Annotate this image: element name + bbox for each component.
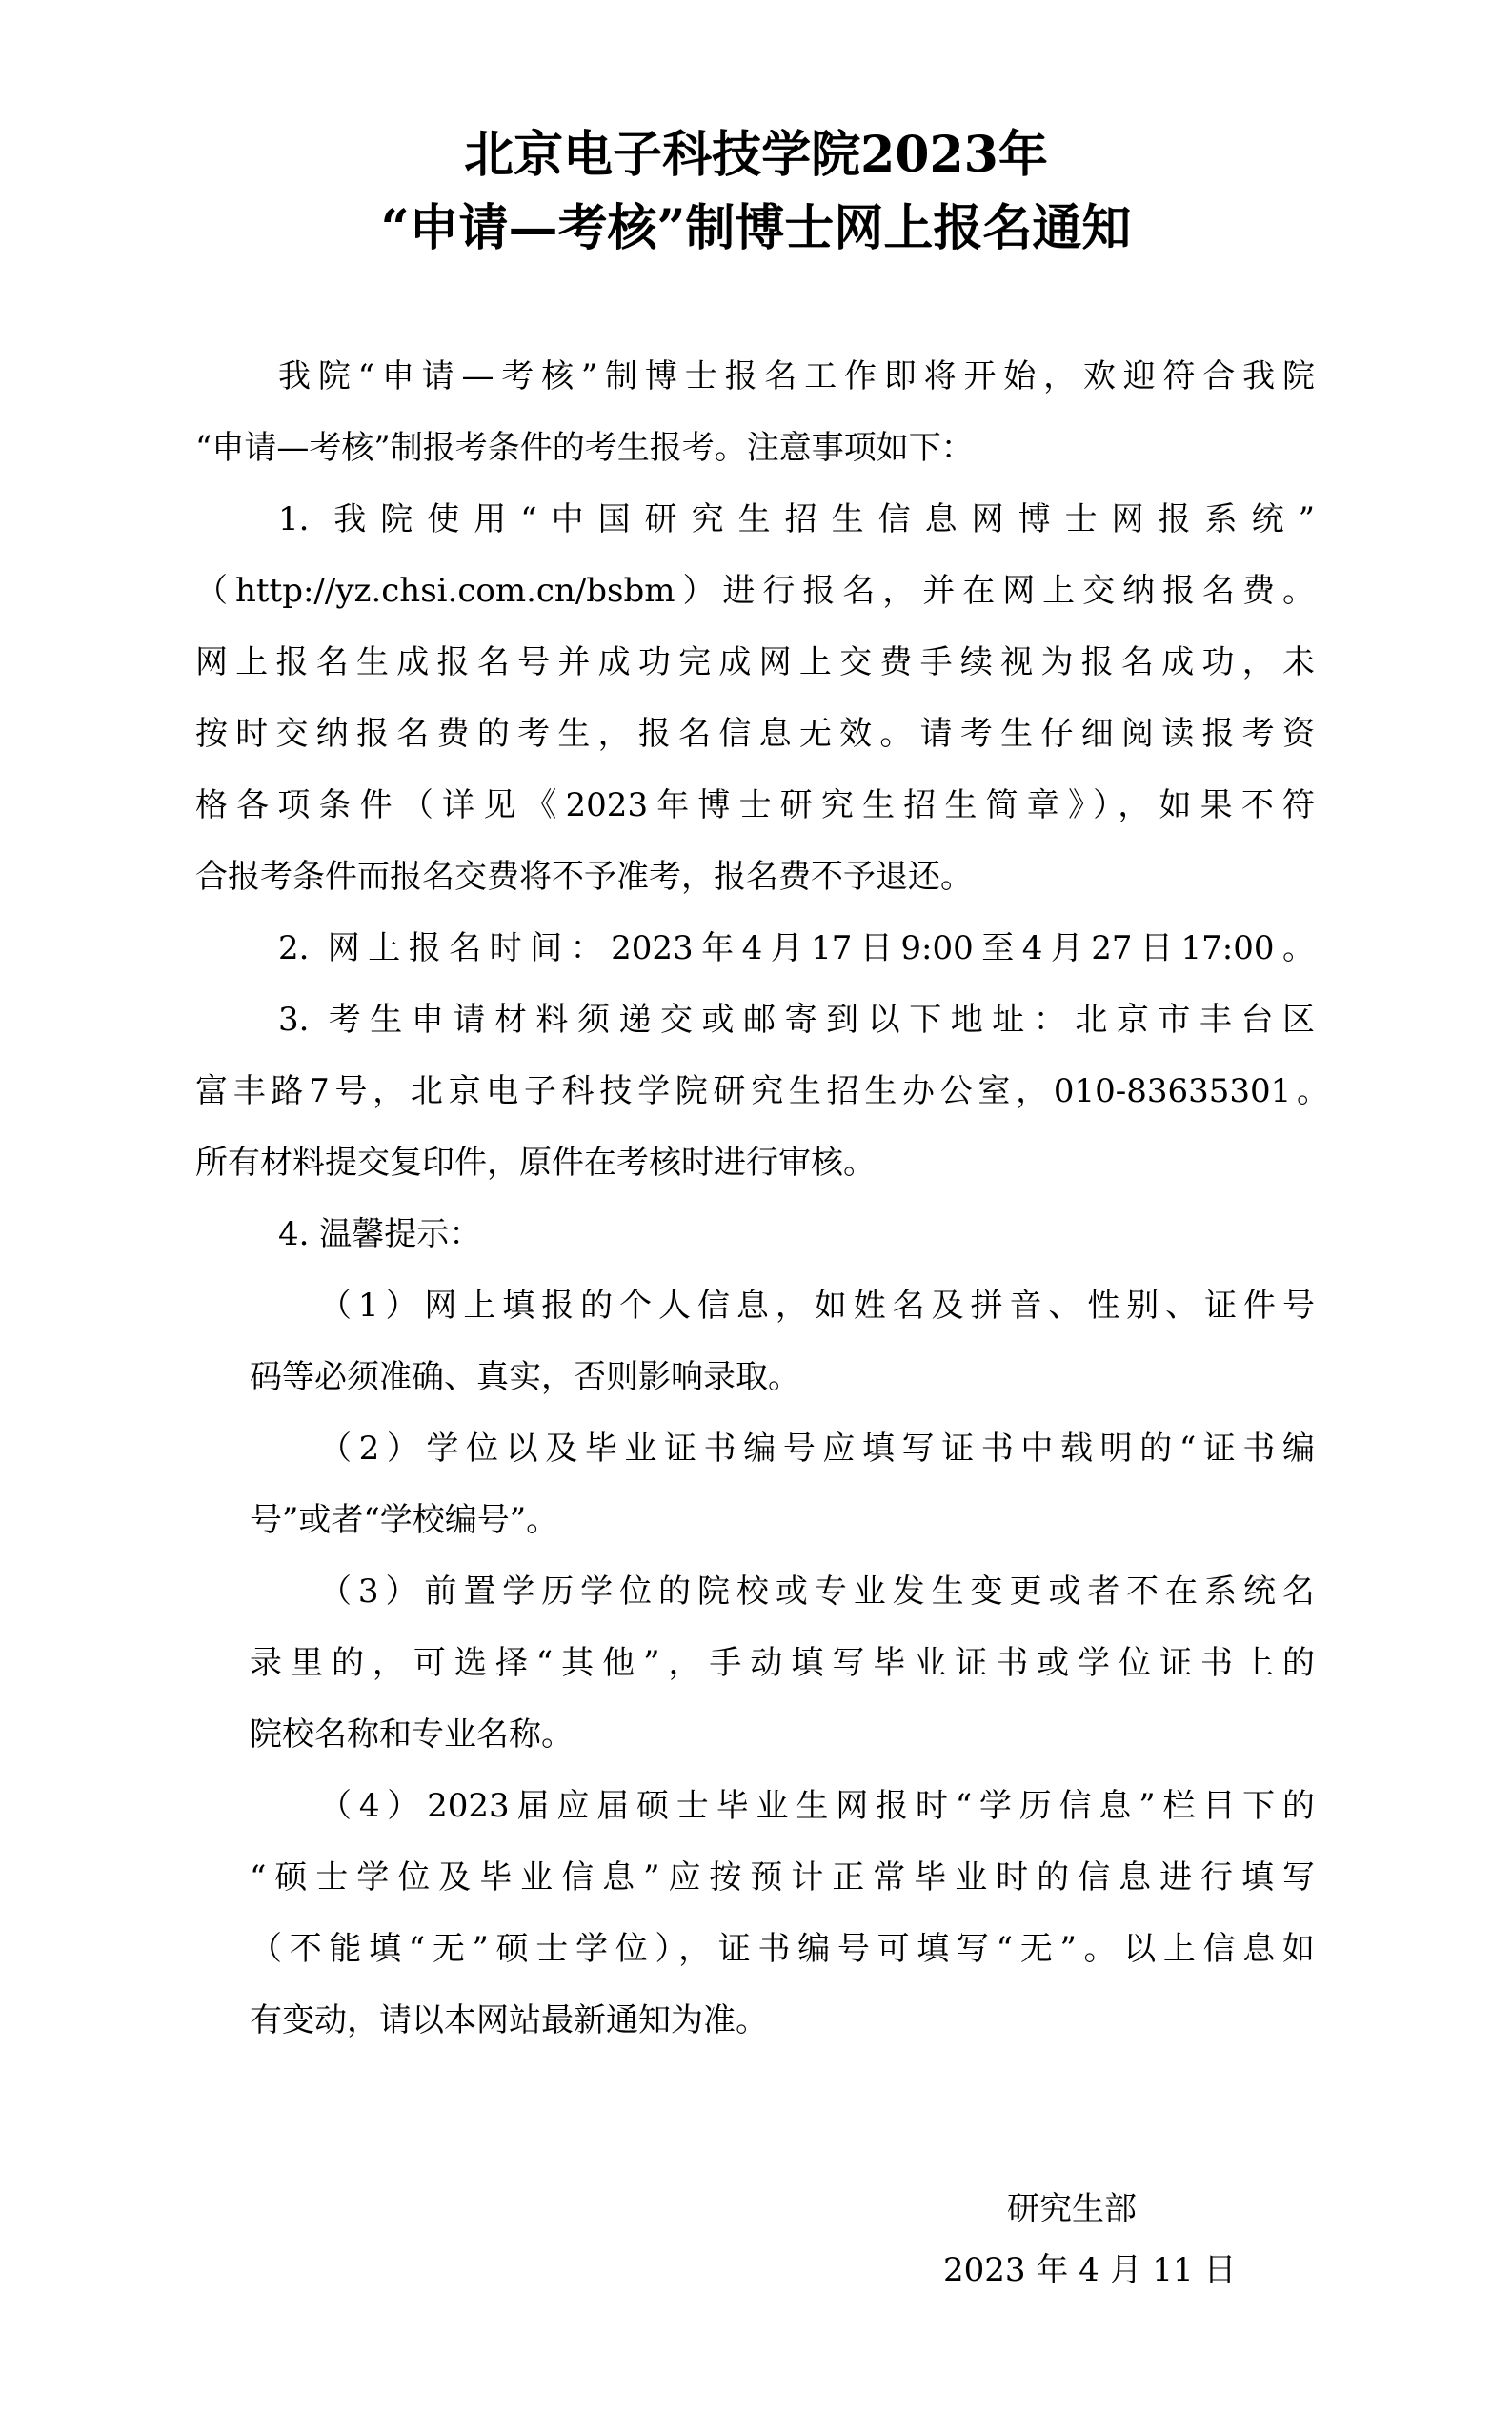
intro-line-2: “申请—考核”制报考条件的考生报考。注意事项如下：	[195, 429, 974, 467]
item1-line-4: 按时交纳报名费的考生，报名信息无效。请考生仔细阅读报考资	[195, 715, 1315, 753]
item4-sub4-line-2: “硕士学位及毕业信息”应按预计正常毕业时的信息进行填写	[250, 1858, 1315, 1897]
item4-sub3-line-3: 院校名称和专业名称。	[250, 1715, 574, 1754]
page-title-line-2: “申请—考核”制博士网上报名通知	[0, 195, 1512, 262]
item4-sub4-line-3: （不能填“无”硕士学位），证书编号可填写“无”。以上信息如	[250, 1930, 1315, 1968]
item1-line-2: （http://yz.chsi.com.cn/bsbm）进行报名，并在网上交纳报…	[195, 572, 1315, 610]
item4-sub3-line-2: 录里的，可选择“其他”，手动填写毕业证书或学位证书上的	[250, 1644, 1315, 1682]
item4-sub1-line-1: （1）网上填报的个人信息，如姓名及拼音、性别、证件号	[319, 1287, 1315, 1325]
signature-department: 研究生部	[1007, 2190, 1137, 2228]
item2-line-1: 2. 网上报名时间：2023年4月17日9:00至4月27日17:00。	[278, 929, 1315, 967]
item4-sub4-line-4: 有变动，请以本网站最新通知为准。	[250, 2001, 768, 2039]
item4-sub1-line-2: 码等必须准确、真实，否则影响录取。	[250, 1358, 800, 1396]
item1-line-5: 格各项条件（详见《2023年博士研究生招生简章》），如果不符	[195, 786, 1315, 824]
item4-sub3-line-1: （3）前置学历学位的院校或专业发生变更或者不在系统名	[319, 1573, 1315, 1611]
intro-line-1: 我院“申请—考核”制博士报名工作即将开始，欢迎符合我院	[278, 357, 1315, 396]
item4-sub2-line-2: 号”或者“学校编号”。	[250, 1501, 558, 1539]
item4-sub2-line-1: （2）学位以及毕业证书编号应填写证书中载明的“证书编	[319, 1430, 1315, 1468]
item3-line-3: 所有材料提交复印件，原件在考核时进行审核。	[195, 1144, 876, 1182]
item4-heading: 4. 温馨提示：	[278, 1215, 481, 1253]
item1-line-6: 合报考条件而报名交费将不予准考，报名费不予退还。	[195, 858, 973, 896]
item3-line-2: 富丰路7号，北京电子科技学院研究生招生办公室，010-83635301。	[195, 1072, 1329, 1110]
notice-page: 北京电子科技学院2023年 “申请—考核”制博士网上报名通知 我院“申请—考核”…	[0, 0, 1512, 2435]
item1-line-1: 1. 我院使用“中国研究生招生信息网博士网报系统”	[278, 500, 1315, 538]
item3-line-1: 3. 考生申请材料须递交或邮寄到以下地址：北京市丰台区	[278, 1001, 1315, 1039]
item4-sub4-line-1: （4）2023届应届硕士毕业生网报时“学历信息”栏目下的	[319, 1787, 1315, 1825]
page-title-line-1: 北京电子科技学院2023年	[0, 122, 1512, 189]
item1-line-3: 网上报名生成报名号并成功完成网上交费手续视为报名成功，未	[195, 643, 1315, 681]
signature-date: 2023 年 4 月 11 日	[943, 2251, 1236, 2289]
